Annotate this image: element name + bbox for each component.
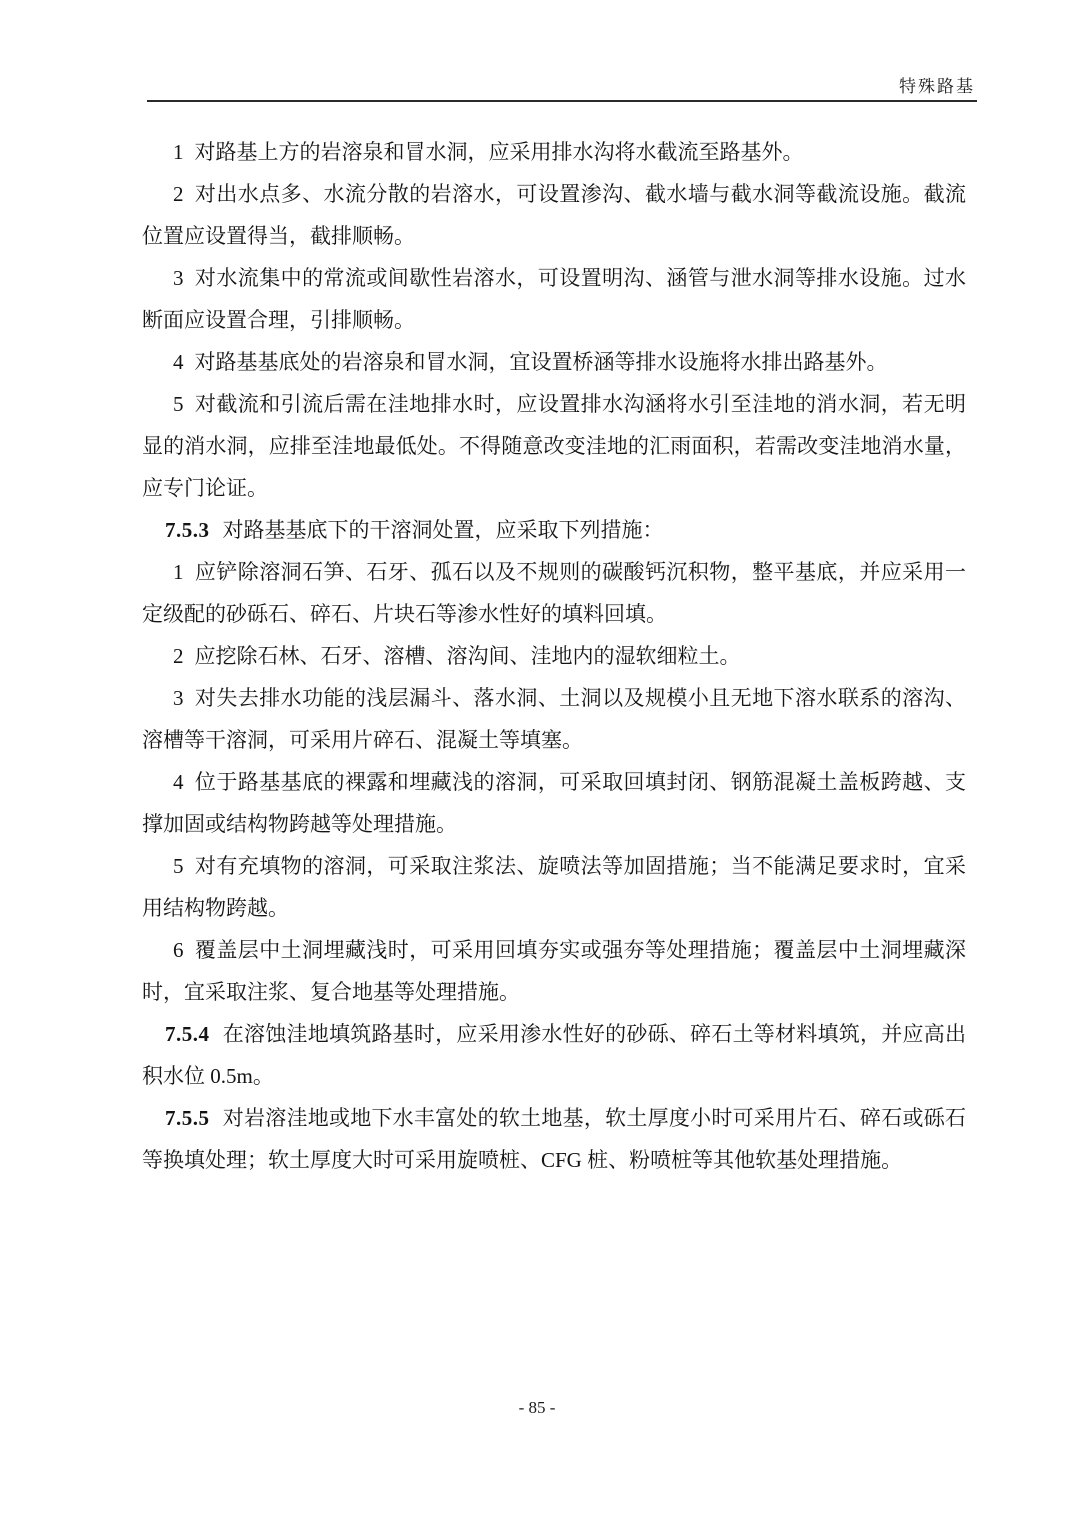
item-text: 位于路基基底的裸露和埋藏浅的溶洞，可采取回填封闭、钢筋混凝土盖板跨越、支撑加固或… — [142, 770, 966, 836]
item-text: 对有充填物的溶洞，可采取注浆法、旋喷法等加固措施；当不能满足要求时，宜采用结构物… — [142, 854, 966, 920]
item-text: 覆盖层中土洞埋藏浅时，可采用回填夯实或强夯等处理措施；覆盖层中土洞埋藏深时，宜采… — [142, 938, 966, 1004]
item-number: 3 — [173, 686, 184, 710]
document-page: 特殊路基 1对路基上方的岩溶泉和冒水洞，应采用排水沟将水截流至路基外。 2对出水… — [0, 0, 1074, 1520]
item-number: 6 — [173, 938, 184, 962]
item-text: 对水流集中的常流或间歇性岩溶水，可设置明沟、涵管与泄水洞等排水设施。过水断面应设… — [142, 266, 966, 332]
item-number: 1 — [173, 560, 184, 584]
item-text: 应铲除溶洞石笋、石牙、孤石以及不规则的碳酸钙沉积物，整平基底，并应采用一定级配的… — [142, 560, 966, 626]
section-7-5-3-item-1: 1应铲除溶洞石笋、石牙、孤石以及不规则的碳酸钙沉积物，整平基底，并应采用一定级配… — [142, 551, 966, 635]
numbered-item-1: 1对路基上方的岩溶泉和冒水洞，应采用排水沟将水截流至路基外。 — [142, 131, 966, 173]
item-number: 5 — [173, 392, 184, 416]
item-number: 2 — [173, 182, 184, 206]
item-text: 对路基上方的岩溶泉和冒水洞，应采用排水沟将水截流至路基外。 — [195, 140, 804, 164]
item-text: 对路基基底处的岩溶泉和冒水洞，宜设置桥涵等排水设施将水排出路基外。 — [195, 350, 888, 374]
item-number: 2 — [173, 644, 184, 668]
section-number: 7.5.4 — [165, 1022, 210, 1046]
numbered-item-5: 5对截流和引流后需在洼地排水时，应设置排水沟涵将水引至洼地的消水洞，若无明显的消… — [142, 383, 966, 509]
section-number: 7.5.3 — [165, 518, 210, 542]
header-rule — [147, 100, 977, 102]
document-body: 1对路基上方的岩溶泉和冒水洞，应采用排水沟将水截流至路基外。 2对出水点多、水流… — [142, 131, 966, 1181]
item-number: 4 — [173, 350, 184, 374]
section-heading-7-5-3: 7.5.3对路基基底下的干溶洞处置，应采取下列措施： — [142, 509, 966, 551]
section-text: 对岩溶洼地或地下水丰富处的软土地基，软土厚度小时可采用片石、碎石或砾石等换填处理… — [142, 1106, 966, 1172]
section-number: 7.5.5 — [165, 1106, 210, 1130]
numbered-item-4: 4对路基基底处的岩溶泉和冒水洞，宜设置桥涵等排水设施将水排出路基外。 — [142, 341, 966, 383]
section-7-5-3-item-4: 4位于路基基底的裸露和埋藏浅的溶洞，可采取回填封闭、钢筋混凝土盖板跨越、支撑加固… — [142, 761, 966, 845]
section-7-5-3-item-6: 6覆盖层中土洞埋藏浅时，可采用回填夯实或强夯等处理措施；覆盖层中土洞埋藏深时，宜… — [142, 929, 966, 1013]
section-7-5-5: 7.5.5对岩溶洼地或地下水丰富处的软土地基，软土厚度小时可采用片石、碎石或砾石… — [142, 1097, 966, 1181]
page-number: - 85 - — [0, 1398, 1074, 1418]
item-number: 1 — [173, 140, 184, 164]
section-7-5-4: 7.5.4在溶蚀洼地填筑路基时，应采用渗水性好的砂砾、碎石土等材料填筑，并应高出… — [142, 1013, 966, 1097]
running-header-title: 特殊路基 — [899, 77, 975, 96]
item-number: 5 — [173, 854, 184, 878]
item-text: 应挖除石林、石牙、溶槽、溶沟间、洼地内的湿软细粒土。 — [195, 644, 741, 668]
running-header: 特殊路基 — [147, 72, 975, 97]
section-7-5-3-item-5: 5对有充填物的溶洞，可采取注浆法、旋喷法等加固措施；当不能满足要求时，宜采用结构… — [142, 845, 966, 929]
section-text: 在溶蚀洼地填筑路基时，应采用渗水性好的砂砾、碎石土等材料填筑，并应高出积水位 0… — [142, 1022, 966, 1088]
item-text: 对截流和引流后需在洼地排水时，应设置排水沟涵将水引至洼地的消水洞，若无明显的消水… — [142, 392, 966, 500]
item-text: 对出水点多、水流分散的岩溶水，可设置渗沟、截水墙与截水洞等截流设施。截流位置应设… — [142, 182, 966, 248]
numbered-item-3: 3对水流集中的常流或间歇性岩溶水，可设置明沟、涵管与泄水洞等排水设施。过水断面应… — [142, 257, 966, 341]
item-number: 3 — [173, 266, 184, 290]
section-title: 对路基基底下的干溶洞处置，应采取下列措施： — [223, 518, 664, 542]
section-7-5-3-item-2: 2应挖除石林、石牙、溶槽、溶沟间、洼地内的湿软细粒土。 — [142, 635, 966, 677]
item-text: 对失去排水功能的浅层漏斗、落水洞、土洞以及规模小且无地下溶水联系的溶沟、溶槽等干… — [142, 686, 966, 752]
item-number: 4 — [173, 770, 184, 794]
numbered-item-2: 2对出水点多、水流分散的岩溶水，可设置渗沟、截水墙与截水洞等截流设施。截流位置应… — [142, 173, 966, 257]
section-7-5-3-item-3: 3对失去排水功能的浅层漏斗、落水洞、土洞以及规模小且无地下溶水联系的溶沟、溶槽等… — [142, 677, 966, 761]
